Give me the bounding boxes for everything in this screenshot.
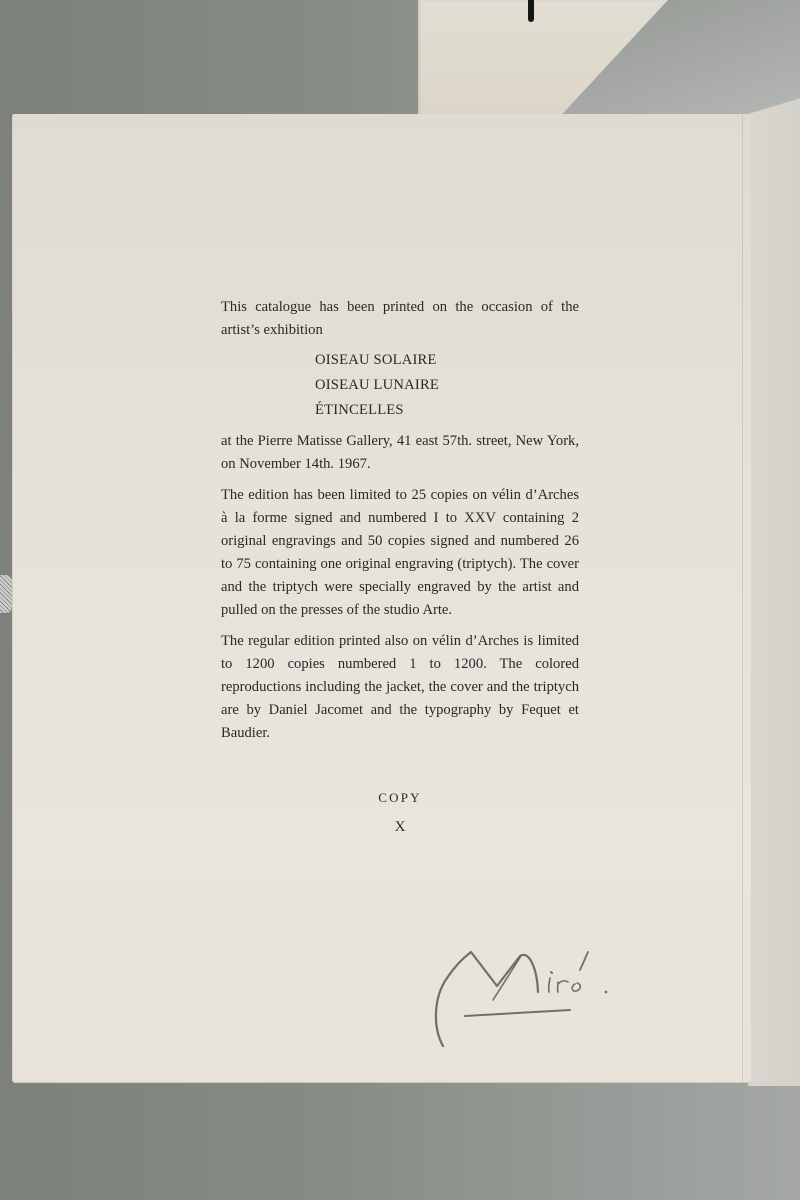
- background-book-mark: [528, 0, 534, 22]
- side-sticker: [0, 575, 12, 613]
- regular-edition-paragraph: The regular edition printed also on véli…: [221, 630, 579, 745]
- title-oiseau-solaire: OISEAU SOLAIRE: [315, 348, 579, 373]
- exhibition-titles: OISEAU SOLAIRE OISEAU LUNAIRE ÉTINCELLES: [315, 348, 579, 423]
- gallery-paragraph: at the Pierre Matisse Gallery, 41 east 5…: [221, 430, 579, 476]
- intro-paragraph: This catalogue has been printed on the o…: [221, 296, 579, 342]
- copy-number: X: [0, 819, 800, 836]
- facing-page-edge: [748, 96, 800, 1086]
- colophon-text: This catalogue has been printed on the o…: [221, 296, 579, 745]
- copy-label: COPY: [0, 790, 800, 806]
- title-etincelles: ÉTINCELLES: [315, 398, 579, 423]
- miro-signature: [425, 928, 645, 1048]
- title-oiseau-lunaire: OISEAU LUNAIRE: [315, 373, 579, 398]
- edition-paragraph: The edition has been limited to 25 copie…: [221, 484, 579, 622]
